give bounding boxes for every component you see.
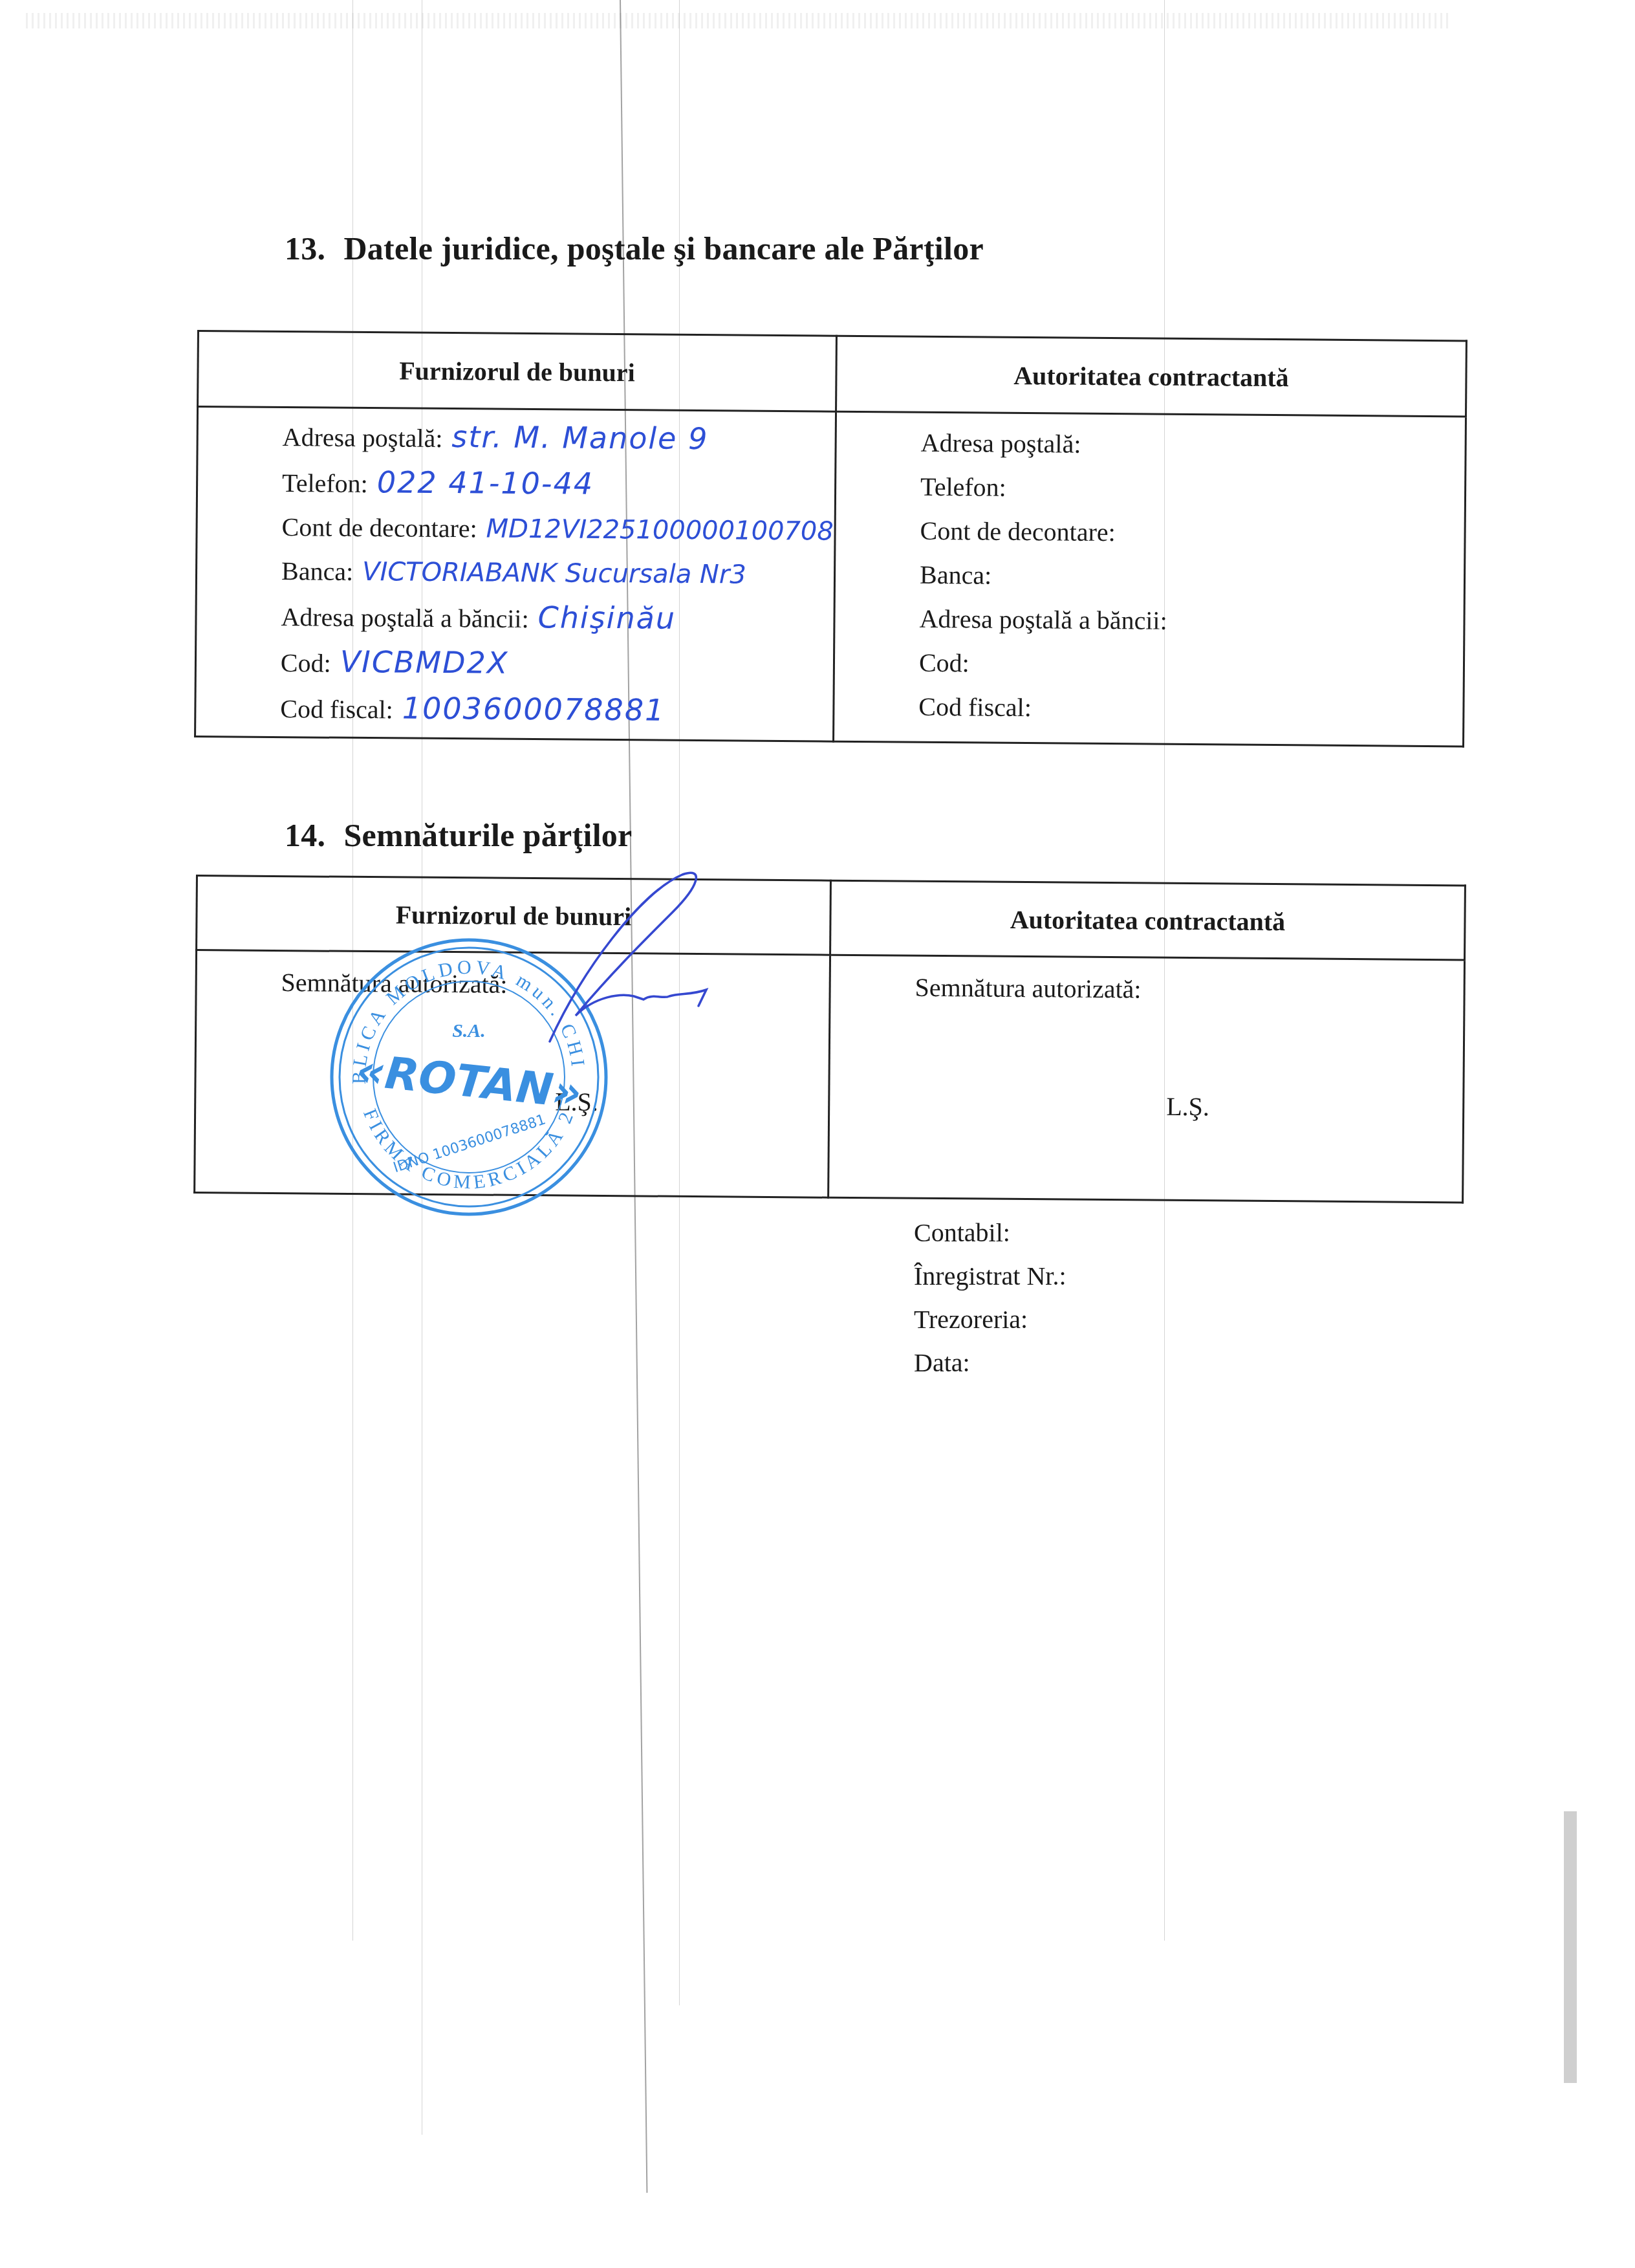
supplier-account: Cont de decontare:MD12VI225100000100708 — [281, 505, 834, 554]
field-label: Cod fiscal: — [280, 694, 393, 724]
authority-bank-address: Adresa poştală a băncii: — [919, 597, 1464, 646]
authority-phone: Telefon: — [920, 465, 1465, 514]
authority-bank-code: Cod: — [919, 641, 1464, 690]
section-title-text: Datele juridice, poştale şi bancare ale … — [343, 230, 984, 267]
section-13-title: 13.Datele juridice, poştale şi bancare a… — [285, 230, 984, 267]
authority-bank: Banca: — [920, 553, 1464, 602]
authority-details-cell: Adresa poştală: Telefon: Cont de deconta… — [834, 411, 1466, 747]
treasury-label: Trezoreria: — [914, 1298, 1067, 1341]
handwritten-value: VICTORIABANK Sucursala Nr3 — [362, 557, 746, 590]
signature-label: Semnătura autorizată: — [915, 966, 1464, 1014]
field-label: Telefon: — [282, 468, 368, 498]
handwritten-value: Chişinău — [538, 600, 677, 636]
authority-header: Autoritatea contractantă — [836, 336, 1467, 417]
registration-block: Contabil: Înregistrat Nr.: Trezoreria: D… — [914, 1211, 1067, 1384]
authority-fiscal-code: Cod fiscal: — [918, 685, 1463, 734]
supplier-bank-address: Adresa poştală a băncii:Chişinău — [281, 593, 834, 644]
seal-placeholder: L.Ş. — [1166, 1091, 1209, 1122]
section-number: 13. — [285, 230, 325, 267]
section-14-title: 14.Semnăturile părţilor — [285, 816, 633, 854]
authority-header: Autoritatea contractantă — [830, 880, 1466, 960]
handwritten-value: str. M. Manole 9 — [451, 419, 708, 456]
date-label: Data: — [914, 1341, 1067, 1384]
supplier-fiscal-code: Cod fiscal:1003600078881 — [280, 685, 833, 736]
section-number: 14. — [285, 817, 325, 853]
scan-edge — [1564, 1811, 1577, 2083]
field-label: Adresa poştală: — [283, 422, 443, 453]
svg-text:«ROTAN»: «ROTAN» — [354, 1045, 584, 1119]
handwritten-value: 1003600078881 — [402, 691, 666, 728]
supplier-phone: Telefon:022 41-10-44 — [282, 459, 835, 510]
supplier-header: Furnizorul de bunuri — [198, 331, 837, 412]
handwritten-value: MD12VI225100000100708 — [486, 514, 834, 547]
accountant-label: Contabil: — [914, 1211, 1067, 1254]
party-details-table: Furnizorul de bunuri Autoritatea contrac… — [194, 330, 1467, 747]
registered-number-label: Înregistrat Nr.: — [914, 1254, 1067, 1298]
field-label: Cont de decontare: — [281, 512, 477, 543]
supplier-details-cell: Adresa poştală:str. M. Manole 9 Telefon:… — [195, 407, 836, 742]
field-label: Banca: — [281, 556, 353, 586]
handwritten-signature — [537, 867, 744, 1048]
handwritten-value: 022 41-10-44 — [377, 464, 594, 501]
supplier-postal-address: Adresa poştală:str. M. Manole 9 — [282, 413, 835, 464]
authority-postal-address: Adresa poştală: — [920, 421, 1465, 470]
svg-text:S.A.: S.A. — [452, 1020, 486, 1041]
section-title-text: Semnăturile părţilor — [343, 817, 632, 853]
scan-noise — [26, 13, 1449, 28]
field-label: Adresa poştală a băncii: — [281, 602, 529, 633]
authority-signature-cell: Semnătura autorizată: L.Ş. — [828, 955, 1465, 1203]
supplier-bank-code: Cod:VICBMD2X — [281, 639, 834, 690]
authority-account: Cont de decontare: — [920, 509, 1464, 558]
supplier-bank: Banca:VICTORIABANK Sucursala Nr3 — [281, 549, 834, 598]
field-label: Cod: — [281, 648, 331, 678]
handwritten-value: VICBMD2X — [340, 644, 509, 681]
signature-scribble-icon — [537, 867, 744, 1048]
